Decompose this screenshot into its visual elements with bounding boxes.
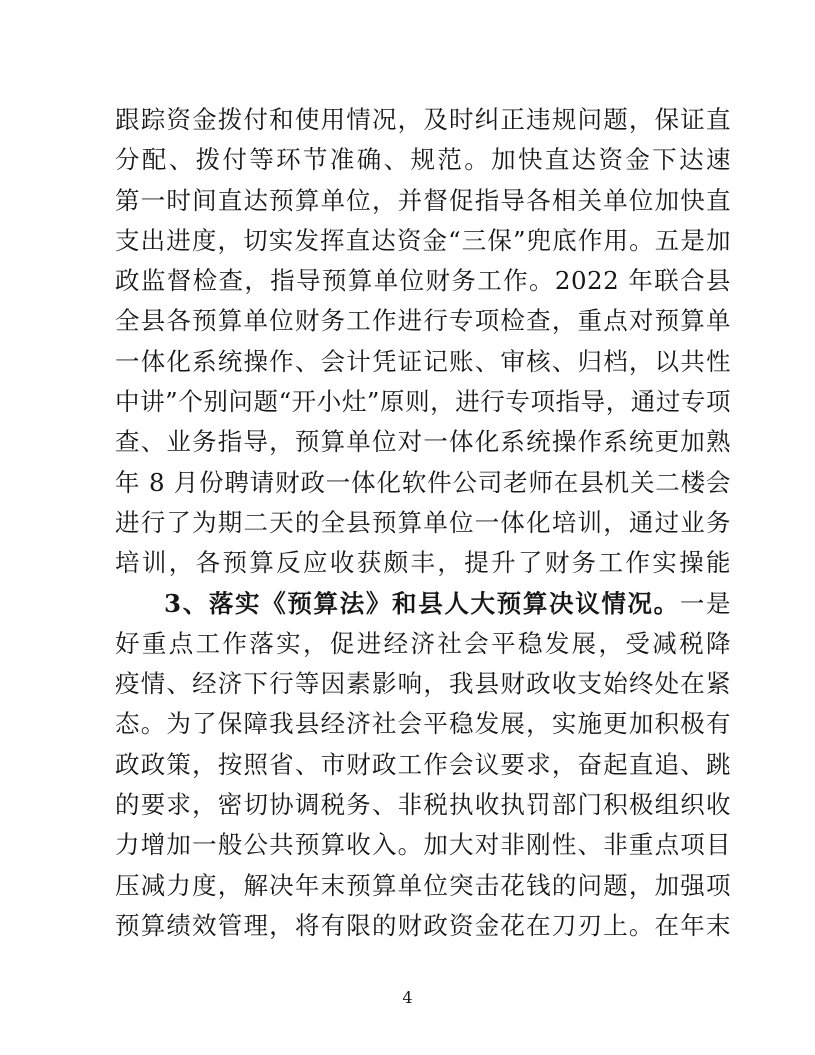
- text-line: 全县各预算单位财务工作进行专项检查，重点对预算单位财政: [115, 301, 731, 341]
- text-line: 一体化系统操作、会计凭证记账、审核、归档，以共性问题“集: [115, 342, 731, 382]
- text-line: 跟踪资金拨付和使用情况，及时纠正违规问题，保证直达资金: [115, 100, 731, 140]
- text-line: 分配、拨付等环节准确、规范。加快直达资金下达速度，确保: [115, 140, 731, 180]
- text-line: 压减力度，解决年末预算单位突击花钱的问题，加强项目资金: [115, 866, 731, 906]
- text-line: 年 8 月份聘请财政一体化软件公司老师在县机关二楼会议室，: [115, 463, 731, 503]
- text-line: 的要求，密切协调税务、非税执收执罚部门积极组织收入，全: [115, 785, 731, 825]
- paragraph-continuation: 跟踪资金拨付和使用情况，及时纠正违规问题，保证直达资金 分配、拨付等环节准确、规…: [115, 100, 731, 584]
- text-line: 疫情、经济下行等因素影响，我县财政收支始终处在紧平衡状: [115, 664, 731, 704]
- document-page: 跟踪资金拨付和使用情况，及时纠正违规问题，保证直达资金 分配、拨付等环节准确、规…: [0, 0, 815, 1055]
- text-line: 第一时间直达预算单位，并督促指导各相关单位加快直达资金: [115, 181, 731, 221]
- text-line: 态。为了保障我县经济社会平稳发展，实施更加积极有为的财: [115, 704, 731, 744]
- text-line: 好重点工作落实，促进经济社会平稳发展，受减税降费、新冠: [115, 624, 731, 664]
- text-line: 进行了为期二天的全县预算单位一体化培训，通过业务指导和: [115, 503, 731, 543]
- page-number: 4: [0, 988, 815, 1008]
- text-line: 预算绩效管理，将有限的财政资金花在刀刃上。在年末将县本: [115, 906, 731, 946]
- text-block: 跟踪资金拨付和使用情况，及时纠正违规问题，保证直达资金 分配、拨付等环节准确、规…: [115, 100, 731, 946]
- text-line: 力增加一般公共预算收入。加大对非刚性、非重点项目支出的: [115, 825, 731, 865]
- section-heading-line: 3、落实《预算法》和县人大预算决议情况。一是突出抓: [115, 584, 731, 624]
- paragraph-section-3: 3、落实《预算法》和县人大预算决议情况。一是突出抓 好重点工作落实，促进经济社会…: [115, 584, 731, 947]
- text-line: 查、业务指导，预算单位对一体化系统操作系统更加熟练。2022: [115, 422, 731, 462]
- text-line: 政监督检查，指导预算单位财务工作。2022 年联合县审计局对: [115, 261, 731, 301]
- section-heading: 3、落实《预算法》和县人大预算决议情况。: [164, 589, 680, 618]
- text-line: 中讲”个别问题“开小灶”原则，进行专项指导，通过专项检: [115, 382, 731, 422]
- text-line: 支出进度，切实发挥直达资金“三保”兜底作用。五是加强财: [115, 221, 731, 261]
- text-line: 政政策，按照省、市财政工作会议要求，奋起直追、跳起摸高: [115, 745, 731, 785]
- text-line: 培训，各预算反应收获颇丰，提升了财务工作实操能力。: [115, 543, 731, 583]
